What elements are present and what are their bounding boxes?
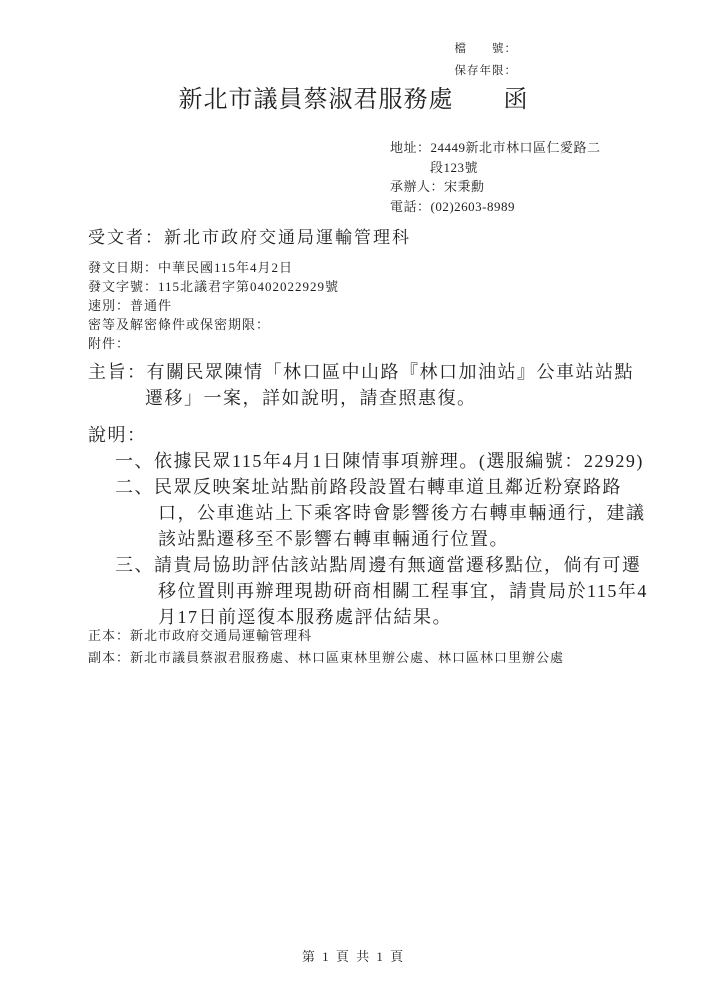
description-item-3: 三、請貴局協助評估該站點周邊有無適當遷移點位，倘有可遷 移位置則再辦理現勘研商相… — [115, 552, 673, 630]
recipient-line: 受文者：新北市政府交通局運輸管理科 — [88, 223, 411, 248]
description-item-1: 一、依據民眾115年4月1日陳情事項辦理。(選服編號：22929) — [115, 448, 673, 474]
issue-date-line: 發文日期：中華民國115年4月2日 — [88, 258, 339, 277]
description-block: 說明： 一、依據民眾115年4月1日陳情事項辦理。(選服編號：22929) 二、… — [88, 422, 673, 630]
copies-block: 正本：新北市政府交通局運輸管理科 副本：新北市議員蔡淑君服務處、林口區東林里辦公… — [88, 625, 678, 669]
page-number-footer: 第 1 頁 共 1 頁 — [0, 946, 707, 965]
item-3-text: 請貴局協助評估該站點周邊有無適當遷移點位，倘有可遷 移位置則再辦理現勘研商相關工… — [154, 555, 648, 627]
item-2-text: 民眾反映案址站點前路段設置右轉車道且鄰近粉寮路路 口，公車進站上下乘客時會影響後… — [154, 477, 646, 549]
file-number-block: 檔 號： 保存年限： — [385, 38, 517, 82]
subject-text: 有關民眾陳情「林口區中山路『林口加油站』公車站站點 遷移」一案，詳如說明，請查照… — [145, 362, 634, 408]
document-page: 檔 號： 保存年限： 新北市議員蔡淑君服務處 函 地址：24449新北市林口區仁… — [0, 0, 707, 1000]
item-1-number: 一、 — [115, 451, 154, 471]
speed-line: 速別：普通件 — [88, 296, 339, 315]
description-label: 說明： — [88, 422, 673, 448]
subject-block: 主旨：有關民眾陳情「林口區中山路『林口加油站』公車站站點 遷移」一案，詳如說明，… — [88, 359, 707, 411]
metadata-block: 發文日期：中華民國115年4月2日 發文字號：115北議君字第040202292… — [88, 258, 339, 353]
subject-label: 主旨： — [88, 362, 147, 382]
security-line: 密等及解密條件或保密期限： — [88, 315, 339, 334]
sender-address: 地址：24449新北市林口區仁愛路二 段123號 — [390, 138, 670, 177]
original-recipient-line: 正本：新北市政府交通局運輸管理科 — [88, 625, 678, 647]
sender-contact-person: 承辦人：宋秉勳 — [390, 177, 670, 197]
item-2-number: 二、 — [115, 477, 154, 497]
file-number-label: 檔 號： — [385, 38, 517, 60]
sender-info-block: 地址：24449新北市林口區仁愛路二 段123號 承辦人：宋秉勳 電話：(02)… — [390, 138, 670, 216]
item-1-text: 依據民眾115年4月1日陳情事項辦理。(選服編號：22929) — [154, 451, 644, 471]
description-item-2: 二、民眾反映案址站點前路段設置右轉車道且鄰近粉寮路路 口，公車進站上下乘客時會影… — [115, 474, 673, 552]
sender-phone: 電話：(02)2603-8989 — [390, 197, 670, 217]
cc-recipients-line: 副本：新北市議員蔡淑君服務處、林口區東林里辦公處、林口區林口里辦公處 — [88, 647, 678, 669]
doc-number-line: 發文字號：115北議君字第0402022929號 — [88, 277, 339, 296]
attachment-line: 附件： — [88, 334, 339, 353]
document-title: 新北市議員蔡淑君服務處 函 — [0, 79, 707, 114]
item-3-number: 三、 — [115, 555, 154, 575]
